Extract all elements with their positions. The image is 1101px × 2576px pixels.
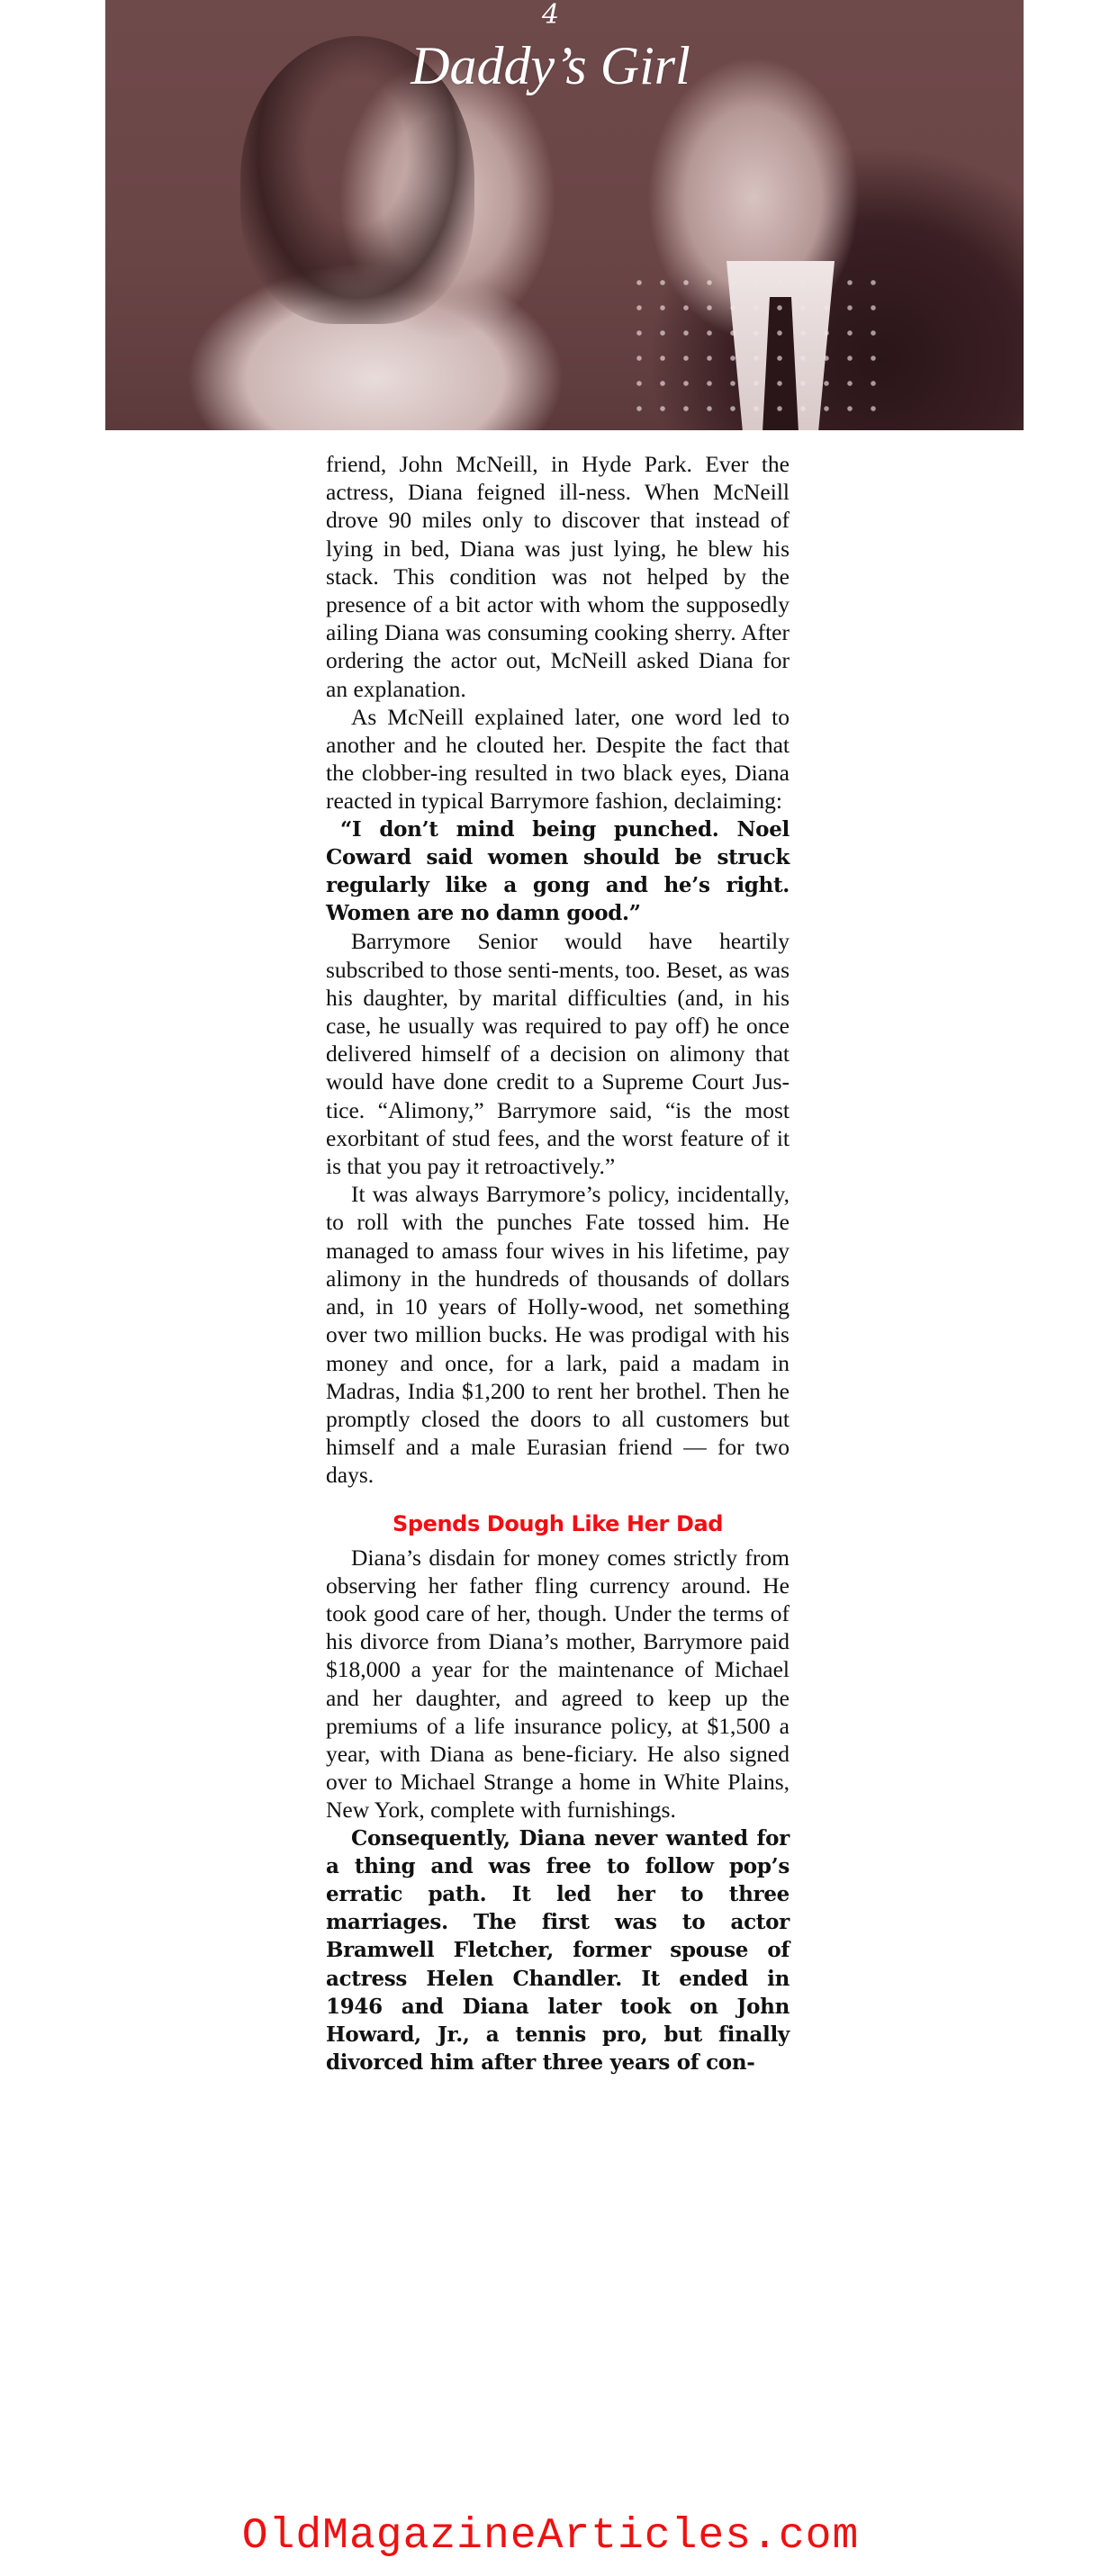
paragraph: Barrymore Senior would have heartily sub… [326,927,790,1180]
section-subheading: Spends Dough Like Her Dad [326,1509,790,1538]
site-watermark: OldMagazineArticles.com [0,2511,1101,2562]
paragraph: It was always Barrymore’s policy, incide… [326,1180,790,1489]
article-column: friend, John McNeill, in Hyde Park. Ever… [326,450,790,2076]
paragraph: friend, John McNeill, in Hyde Park. Ever… [326,450,790,703]
paragraph: Diana’s disdain for money comes strictly… [326,1544,790,1824]
chapter-title: Daddy’s Girl [0,36,1101,95]
photo-detail-polka-dot-robe [627,270,880,430]
chapter-number: 4 [0,0,1101,31]
paragraph-bold: Consequently, Diana never wanted for a t… [326,1824,790,2077]
pull-quote: “I don’t mind being punched. Noel Coward… [326,815,790,928]
paragraph: As McNeill explained later, one word led… [326,703,790,815]
